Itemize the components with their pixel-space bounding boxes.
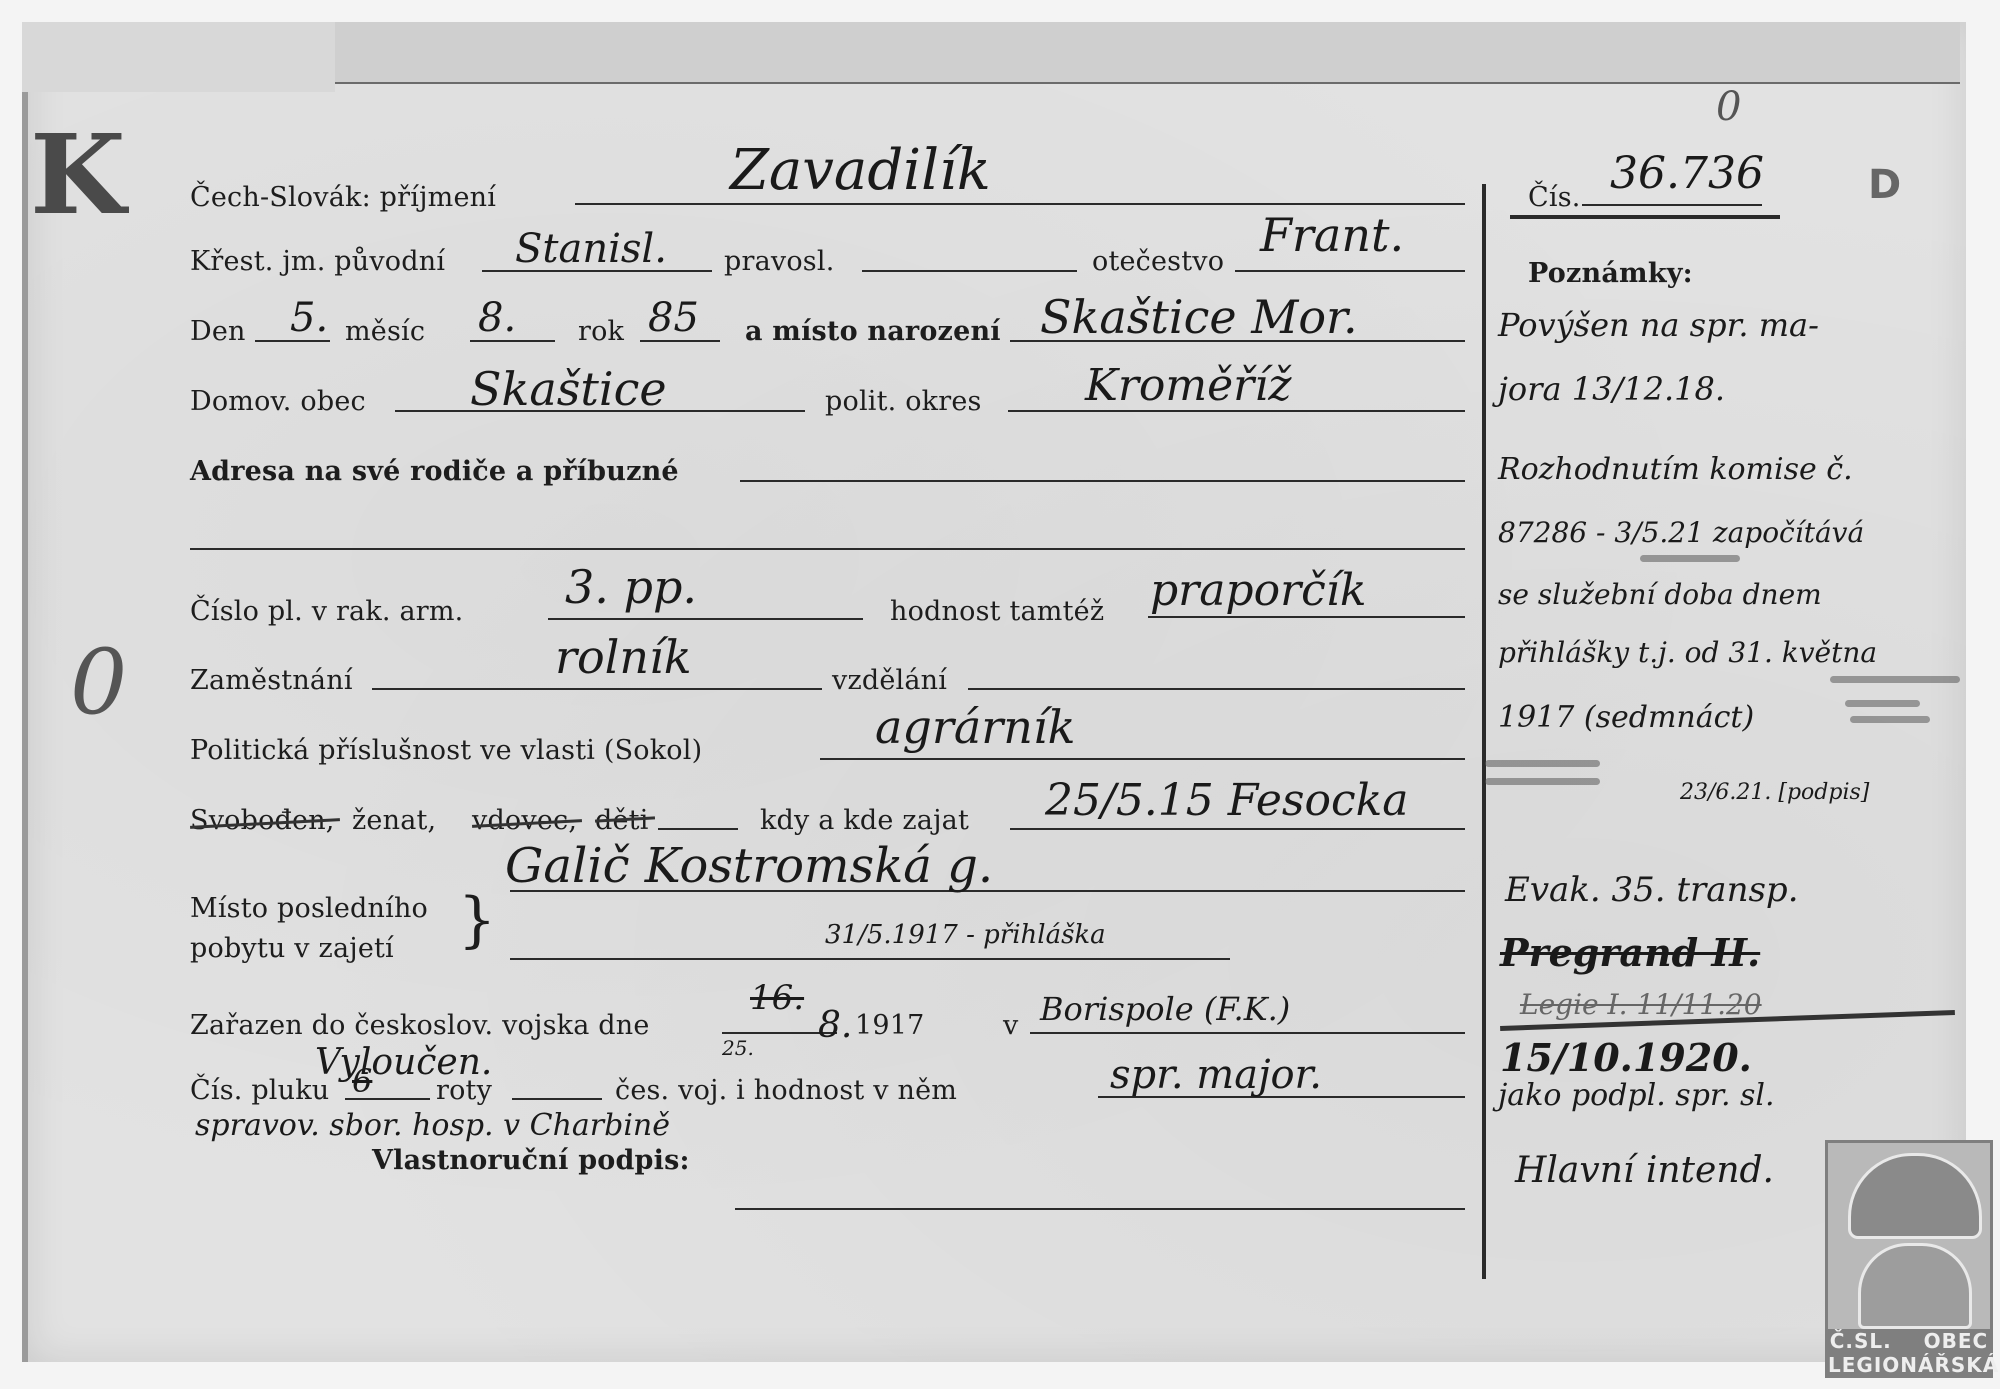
logo-line-1: Č.SL. OBEC bbox=[1828, 1329, 1990, 1353]
note-line: 87286 - 3/5.21 započítává bbox=[1498, 516, 1864, 549]
coat-of-arms-icon bbox=[1858, 1243, 1972, 1329]
birthplace-value: Skaštice Mor. bbox=[1040, 290, 1358, 344]
note-line: jako podpl. spr. sl. bbox=[1498, 1078, 1775, 1113]
education-label: vzdělání bbox=[832, 665, 947, 696]
pencil-zero-mark: 0 bbox=[70, 630, 127, 735]
cz-rank-label: čes. voj. i hodnost v něm bbox=[615, 1075, 957, 1106]
signature-line bbox=[735, 1208, 1465, 1210]
unit-regiment-value: 6 bbox=[352, 1062, 372, 1100]
notes-divider bbox=[1482, 184, 1486, 1279]
card-number-line bbox=[1582, 204, 1762, 206]
note-line: Povýšen na spr. ma- bbox=[1498, 306, 1819, 344]
address-line bbox=[740, 480, 1465, 482]
captivity-place-value: Galič Kostromská g. bbox=[505, 838, 993, 894]
political-line bbox=[820, 758, 1465, 760]
pencil-underline bbox=[1830, 676, 1960, 683]
month-value: 8. bbox=[478, 295, 516, 341]
education-line bbox=[968, 688, 1465, 690]
pencil-underline bbox=[1485, 778, 1600, 785]
note-line: přihlášky t.j. od 31. května bbox=[1498, 636, 1877, 669]
company-label: roty bbox=[436, 1075, 492, 1106]
enlisted-place-label: v bbox=[1003, 1010, 1018, 1041]
note-line: Rozhodnutím komise č. bbox=[1498, 452, 1853, 487]
note-line: se služební doba dnem bbox=[1498, 578, 1822, 611]
regiment-label: Číslo pl. v rak. arm. bbox=[190, 596, 463, 627]
first-name-value: Stanisl. bbox=[515, 226, 667, 272]
pencil-underline bbox=[1640, 555, 1740, 562]
patronymic-value: Frant. bbox=[1260, 208, 1404, 262]
district-value: Kroměříž bbox=[1085, 360, 1291, 411]
soldier-helmet-icon bbox=[1848, 1153, 1982, 1239]
stamp-d: D bbox=[1868, 162, 1901, 208]
address-label: Adresa na své rodiče a příbuzné bbox=[190, 456, 679, 487]
hospital-note: spravov. sbor. hosp. v Charbině bbox=[195, 1108, 670, 1143]
home-municipality-label: Domov. obec bbox=[190, 386, 366, 417]
home-municipality-value: Skaštice bbox=[470, 362, 667, 416]
captivity-place-label-2: pobytu v zajetí bbox=[190, 933, 394, 964]
enlisted-label: Zařazen do českoslov. vojska dne bbox=[190, 1010, 650, 1041]
card-number-label: Čís. bbox=[1528, 182, 1581, 213]
company-line bbox=[512, 1098, 602, 1100]
note-line: Evak. 35. transp. bbox=[1505, 870, 1799, 910]
note-line: Hlavní intend. bbox=[1515, 1150, 1774, 1191]
cz-rank-value: spr. major. bbox=[1110, 1052, 1322, 1098]
captured-value: 25/5.15 Fesocka bbox=[1045, 775, 1409, 826]
orthodox-line bbox=[862, 270, 1077, 272]
captured-line bbox=[1010, 828, 1465, 830]
torn-corner bbox=[22, 22, 335, 92]
year-value: 85 bbox=[648, 295, 699, 341]
note-line: jora 13/12.18. bbox=[1498, 370, 1725, 408]
enlisted-day-struck: 16. bbox=[750, 978, 804, 1018]
captured-label: kdy a kde zajat bbox=[760, 805, 969, 836]
card-top-strip bbox=[335, 22, 1960, 84]
note-line: Legie I. 11/11.20 bbox=[1520, 988, 1762, 1021]
political-value: agrárník bbox=[875, 700, 1076, 754]
signature-label: Vlastnoruční podpis: bbox=[372, 1145, 690, 1176]
stamp-k: K bbox=[30, 110, 126, 239]
captivity-place-label-1: Místo posledního bbox=[190, 893, 428, 924]
cs-legion-logo: Č.SL. OBEC LEGIONÁŘSKÁ bbox=[1825, 1140, 1993, 1378]
occupation-value: rolník bbox=[555, 630, 692, 684]
note-line: 15/10.1920. bbox=[1500, 1035, 1752, 1080]
patronymic-line bbox=[1235, 270, 1465, 272]
regiment-line bbox=[548, 618, 863, 620]
district-label: polit. okres bbox=[825, 386, 982, 417]
occupation-line bbox=[372, 688, 822, 690]
note-line: 1917 (sedmnáct) bbox=[1498, 700, 1754, 735]
logo-line-2: LEGIONÁŘSKÁ bbox=[1828, 1353, 1990, 1377]
enlisted-place-value: Borispole (F.K.) bbox=[1040, 990, 1290, 1028]
month-label: měsíc bbox=[345, 316, 425, 347]
enlisted-day: 25. bbox=[722, 1036, 754, 1060]
occupation-label: Zaměstnání bbox=[190, 665, 353, 696]
marital-married: ženat, bbox=[352, 805, 436, 836]
logo-line1-right: OBEC bbox=[1924, 1329, 1989, 1353]
note-line: Pregrand II. bbox=[1500, 930, 1760, 975]
birthplace-label: a místo narození bbox=[745, 316, 1001, 347]
regiment-value: 3. pp. bbox=[565, 560, 697, 614]
first-name-label: Křest. jm. původní bbox=[190, 246, 445, 277]
orthodox-label: pravosl. bbox=[724, 246, 834, 277]
rank-value: praporčík bbox=[1150, 565, 1367, 616]
card-number-double-line bbox=[1510, 215, 1780, 219]
surname-value: Zavadilík bbox=[730, 138, 991, 203]
logo-line1-left: Č.SL. bbox=[1830, 1329, 1892, 1353]
captivity-line-2 bbox=[510, 958, 1230, 960]
note-line: 23/6.21. [podpis] bbox=[1680, 780, 1869, 805]
pencil-underline bbox=[1850, 716, 1930, 723]
unit-regiment-label: Čís. pluku bbox=[190, 1075, 329, 1106]
rank-label: hodnost tamtéž bbox=[890, 596, 1104, 627]
year-label: rok bbox=[578, 316, 624, 347]
captivity-note: 31/5.1917 - přihláška bbox=[825, 920, 1106, 950]
enlisted-place-line bbox=[1030, 1032, 1465, 1034]
day-label: Den bbox=[190, 316, 246, 347]
surname-line bbox=[575, 203, 1465, 205]
surname-label: Čech-Slovák: příjmení bbox=[190, 182, 496, 213]
enlisted-month: 8. bbox=[818, 1005, 852, 1046]
circle-mark: 0 bbox=[1716, 84, 1741, 130]
political-label: Politická příslušnost ve vlasti (Sokol) bbox=[190, 735, 702, 766]
notes-title: Poznámky: bbox=[1528, 258, 1693, 289]
rank-line bbox=[1148, 616, 1465, 618]
pencil-underline bbox=[1845, 700, 1920, 707]
captivity-brace: } bbox=[458, 890, 496, 950]
day-value: 5. bbox=[290, 295, 328, 341]
address-line-2 bbox=[190, 548, 1465, 550]
pencil-underline bbox=[1485, 760, 1600, 767]
children-line bbox=[658, 828, 738, 830]
enlisted-year: 1917 bbox=[855, 1010, 925, 1041]
patronymic-label: otečestvo bbox=[1092, 246, 1224, 277]
card-number-value: 36.736 bbox=[1610, 148, 1764, 199]
